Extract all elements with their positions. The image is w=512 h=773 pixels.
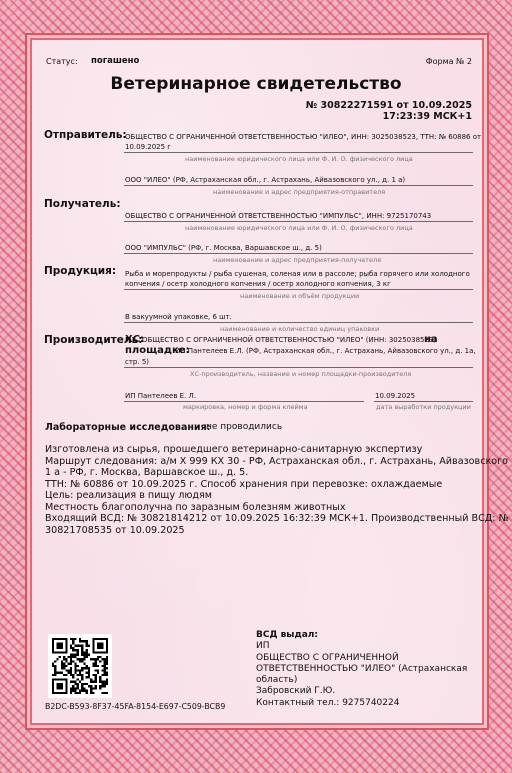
recipient-legal-hint: наименование юридического лица или Ф. И.… [185,224,413,232]
note-line: Входящий ВСД: № 30821814212 от 10.09.202… [45,513,512,525]
sender-enterprise-hint: наименование и адрес предприятия-отправи… [213,188,385,196]
producer-marking: ИП Пантелеев Е. Л. [125,392,196,400]
note-line: Цель: реализация в пищу людям [45,490,512,502]
sender-enterprise: ООО "ИЛЕО" (РФ, Астраханская обл., г. Ас… [125,176,405,184]
sender-legal-hint: наименование юридического лица или Ф. И.… [185,155,413,163]
certificate-paper [32,40,482,723]
divider [124,401,364,402]
divider [124,152,473,153]
note-line: Местность благополучна по заразным болез… [45,502,512,514]
lab-value: не проводились [206,422,282,432]
divider [374,401,473,402]
form-number: Форма № 2 [426,57,472,66]
sender-label: Отправитель: [44,129,127,141]
divider [124,322,473,323]
issuer-line: Контактный тел.: 9275740224 [256,698,467,709]
product-name-hint: наименование и объём продукции [240,292,359,300]
qr-code-icon [48,634,112,698]
status-label: Статус: [46,57,78,66]
product-name-line2: копчения / осетр холодного копчения / ос… [125,280,391,288]
divider [124,185,473,186]
product-name-line1: Рыба и морепродукты / рыба сушеная, соле… [125,270,470,278]
recipient-enterprise-hint: наименование и адрес предприятия-получат… [213,256,381,264]
issuer-line: ОТВЕТСТВЕННОСТЬЮ "ИЛЕО" (Астраханская [256,664,467,675]
notes-block: Изготовлена из сырья, прошедшего ветерин… [45,444,512,536]
note-line: 30821708535 от 10.09.2025 [45,525,512,537]
producer-marking-hint: маркировка, номер и форма клейма [183,403,308,411]
sender-legal-line1: ОБЩЕСТВО С ОГРАНИЧЕННОЙ ОТВЕТСТВЕННОСТЬЮ… [125,133,481,141]
page-title: Ветеринарное свидетельство [0,74,512,94]
issuer-line: Забровский Г.Ю. [256,686,467,697]
sender-legal-line2: 10.09.2025 г [125,143,171,151]
issuer-line: область) [256,675,467,686]
producer-hs-value: ОБЩЕСТВО С ОГРАНИЧЕННОЙ ОТВЕТСТВЕННОСТЬЮ… [142,336,436,344]
recipient-enterprise: ООО "ИМПУЛЬС" (РФ, г. Москва, Варшавское… [125,244,322,252]
production-date: 10.09.2025 [375,392,415,400]
producer-site-value-2: стр. 5) [125,358,149,366]
issuer-line: ИП [256,641,467,652]
recipient-label: Получатель: [44,198,121,210]
divider [124,253,473,254]
certificate-number: № 30822271591 от 10.09.2025 [306,100,472,111]
divider [124,289,473,290]
product-package-hint: наименование и количество единиц упаковк… [220,325,379,333]
status-value: погашено [91,56,139,66]
note-line: Изготовлена из сырья, прошедшего ветерин… [45,444,512,456]
note-line: ТТН: № 60886 от 10.09.2025 г. Способ хра… [45,479,512,491]
issuer-line: ОБЩЕСТВО С ОГРАНИЧЕННОЙ [256,653,467,664]
producer-site-label-1: на [424,334,438,345]
product-label: Продукция: [44,265,116,277]
lab-label: Лабораторные исследования: [45,422,210,433]
product-package: В вакуумной упаковке, 6 шт. [125,313,232,321]
production-date-hint: дата выработки продукции [376,403,471,411]
note-line: 1 а - РФ, г. Москва, Варшавское ш., д. 5… [45,467,512,479]
issuer-block: ВСД выдал: ИП ОБЩЕСТВО С ОГРАНИЧЕННОЙ ОТ… [256,630,467,709]
certificate-time: 17:23:39 МСК+1 [383,111,472,122]
producer-hint: ХС-производитель, название и номер площа… [190,370,411,378]
divider [124,221,473,222]
producer-site-value-1: ИП Пантелеев Е.Л. (РФ, Астраханская обл.… [175,347,476,355]
recipient-legal: ОБЩЕСТВО С ОГРАНИЧЕННОЙ ОТВЕТСТВЕННОСТЬЮ… [125,212,431,220]
issuer-label: ВСД выдал: [256,630,467,641]
certificate-uuid: B2DC-B593-8F37-45FA-8154-E697-C509-BCB9 [45,702,225,711]
note-line: Маршрут следования: а/м Х 999 КХ 30 - РФ… [45,456,512,468]
divider [124,367,473,368]
